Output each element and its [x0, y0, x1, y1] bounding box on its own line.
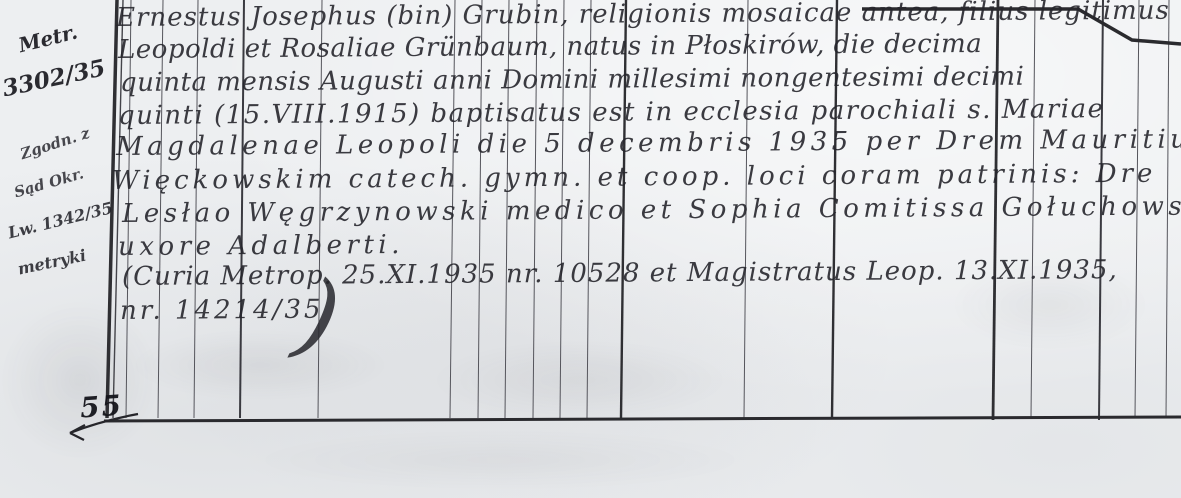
entry-line: (Curia Metrop. 25.XI.1935 nr. 10528 et M…: [122, 257, 1118, 290]
entry-line: uxore Adalberti.: [118, 232, 404, 260]
entry-line: quinti (15.VIII.1915) baptisatus est in …: [118, 96, 1105, 129]
entry-line: Magdalenae Leopoli die 5 decembris 1935 …: [116, 126, 1181, 160]
entry-line: quinta mensis Augusti anni Domini milles…: [120, 64, 1024, 96]
entry-line: nr. 14214/35: [120, 297, 324, 324]
arrow-head-icon: [70, 425, 85, 440]
page-number: 55: [79, 389, 124, 425]
entry-line: Lesłao Węgrzynowski medico et Sophia Com…: [122, 193, 1181, 227]
entry-line: Ernestus Josephus (bin) Grubin, religion…: [116, 0, 1170, 31]
entry-line: Więckowskim catech. gymn. et coop. loci …: [112, 161, 1156, 194]
bottom-rule: [104, 417, 1181, 421]
entry-line: Leopoldi et Rosaliae Grünbaum, natus in …: [118, 31, 982, 63]
register-page-scan: Ernestus Josephus (bin) Grubin, religion…: [0, 0, 1181, 498]
